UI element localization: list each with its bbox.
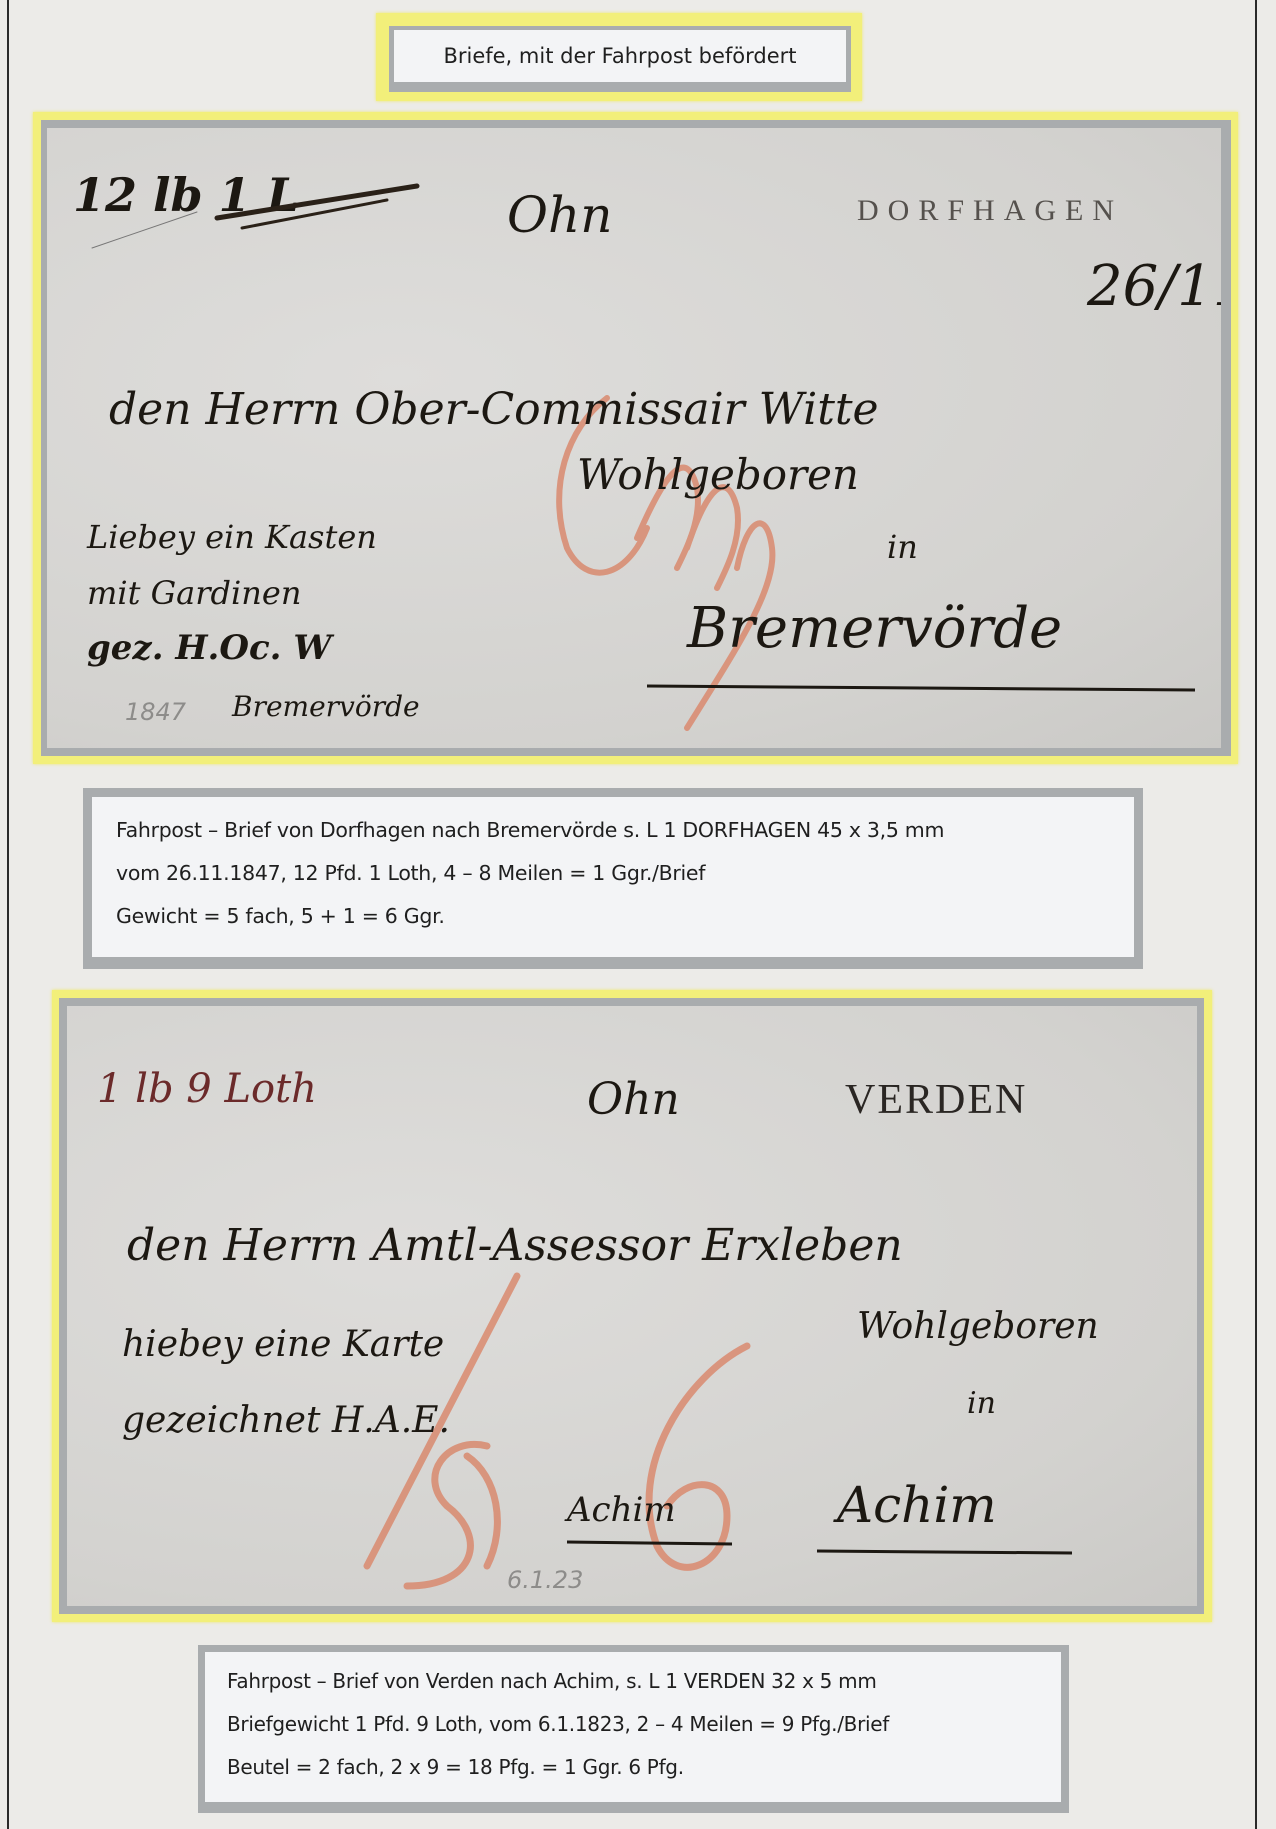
- sender-line-2: gezeichnet H.A.E.: [122, 1400, 450, 1441]
- letter-2-envelope: 1 lb 9 Loth Ohn VERDEN den Herrn Amtl-As…: [67, 1006, 1197, 1606]
- caption-1-line-1: Fahrpost – Brief von Dorfhagen nach Brem…: [116, 809, 1134, 852]
- caption-2-line-1: Fahrpost – Brief von Verden nach Achim, …: [227, 1660, 1061, 1703]
- sender-line-1: hiebey eine Karte: [122, 1324, 444, 1365]
- pencil-note: 6.1.23: [507, 1566, 583, 1594]
- page-title: Briefe, mit der Fahrpost befördert: [394, 30, 846, 82]
- sender-line-3: Achim: [567, 1490, 676, 1530]
- sender-line-3: gez. H.Oc. W: [87, 628, 332, 668]
- caption-1-line-2: vom 26.11.1847, 12 Pfd. 1 Loth, 4 – 8 Me…: [116, 852, 1134, 895]
- letter-1-envelope: 12 lb 1 L Ohn DORFHAGEN 26/11 den Herrn …: [47, 128, 1221, 748]
- page-border-left: [7, 0, 9, 1829]
- caption-1-line-3: Gewicht = 5 fach, 5 + 1 = 6 Ggr.: [116, 895, 1134, 938]
- caption-2-line-2: Briefgewicht 1 Pfd. 9 Loth, vom 6.1.1823…: [227, 1703, 1061, 1746]
- sender-line-1: Liebey ein Kasten: [87, 518, 377, 556]
- caption-2: Fahrpost – Brief von Verden nach Achim, …: [205, 1652, 1061, 1802]
- page-border-right: [1255, 0, 1257, 1829]
- pencil-note: 1847: [125, 698, 186, 726]
- caption-1: Fahrpost – Brief von Dorfhagen nach Brem…: [92, 797, 1134, 957]
- sender-line-2: mit Gardinen: [87, 574, 301, 612]
- caption-2-line-3: Beutel = 2 fach, 2 x 9 = 18 Pfg. = 1 Ggr…: [227, 1746, 1061, 1789]
- sender-line-4: Bremervörde: [232, 690, 420, 723]
